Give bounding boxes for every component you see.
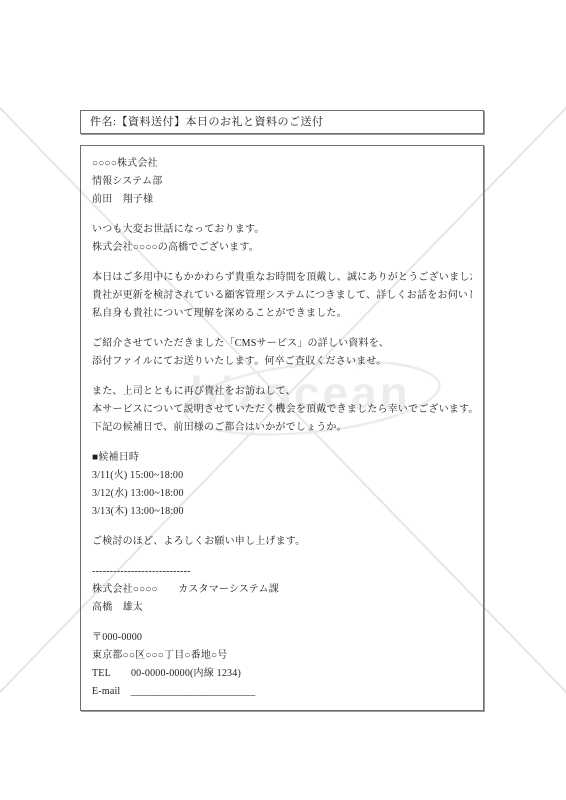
body-line: 本日はご多用中にもかかわらず貴重なお時間を頂戴し、誠にありがとうございました。 xyxy=(92,269,472,287)
paragraph: いつも大変お世話になっております。株式会社○○○○の高橋でございます。 xyxy=(92,221,472,257)
body-line: E-mail ________________________ xyxy=(92,683,472,701)
body-line: 本サービスについて説明させていただく機会を頂戴できましたら幸いでございます。 xyxy=(92,401,472,419)
body-line: 私自身も貴社について理解を深めることができました。 xyxy=(92,305,472,323)
body-line: 情報システム部 xyxy=(92,173,472,191)
subject-box: 件名:【資料送付】本日のお礼と資料のご送付 xyxy=(80,110,484,134)
document-page: ビズオーシャン bizocean 件名:【資料送付】本日のお礼と資料のご送付 ○… xyxy=(0,0,566,800)
body-line: また、上司とともに再び貴社をお訪ねして、 xyxy=(92,383,472,401)
paragraph: また、上司とともに再び貴社をお訪ねして、本サービスについて説明させていただく機会… xyxy=(92,383,472,437)
body-line: TEL 00-0000-0000(内線 1234) xyxy=(92,665,472,683)
body-line: 〒000-0000 xyxy=(92,629,472,647)
body-line: ---------------------------- xyxy=(92,563,472,581)
body-line: 貴社が更新を検討されている顧客管理システムにつきまして、詳しくお話をお伺いし、 xyxy=(92,287,472,305)
email-body-box: ○○○○株式会社情報システム部前田 翔子様いつも大変お世話になっております。株式… xyxy=(80,145,484,711)
body-line: 下記の候補日で、前田様のご都合はいかがでしょうか。 xyxy=(92,419,472,437)
body-line: 株式会社○○○○の高橋でございます。 xyxy=(92,239,472,257)
body-line: 添付ファイルにてお送りいたします。何卒ご査収くださいませ。 xyxy=(92,353,472,371)
subject-text: 件名:【資料送付】本日のお礼と資料のご送付 xyxy=(90,116,324,128)
body-line: ■候補日時 xyxy=(92,449,472,467)
body-line: 株式会社○○○○ カスタマーシステム課 xyxy=(92,581,472,599)
body-line: 3/12(水) 13:00~18:00 xyxy=(92,485,472,503)
paragraph: 〒000-0000東京都○○区○○○丁目○番地○号TEL 00-0000-000… xyxy=(92,629,472,701)
body-line: 3/11(火) 15:00~18:00 xyxy=(92,467,472,485)
paragraph: ----------------------------株式会社○○○○ カスタ… xyxy=(92,563,472,617)
body-line: ご検討のほど、よろしくお願い申し上げます。 xyxy=(92,533,472,551)
body-line: 高橋 雄太 xyxy=(92,599,472,617)
paragraph: ご紹介させていただきました「CMSサービス」の詳しい資料を、添付ファイルにてお送… xyxy=(92,335,472,371)
body-line: ○○○○株式会社 xyxy=(92,155,472,173)
paragraph: 本日はご多用中にもかかわらず貴重なお時間を頂戴し、誠にありがとうございました。貴… xyxy=(92,269,472,323)
body-line: 東京都○○区○○○丁目○番地○号 xyxy=(92,647,472,665)
body-line: いつも大変お世話になっております。 xyxy=(92,221,472,239)
paragraph: ○○○○株式会社情報システム部前田 翔子様 xyxy=(92,155,472,209)
body-line: 前田 翔子様 xyxy=(92,191,472,209)
body-line: 3/13(木) 13:00~18:00 xyxy=(92,503,472,521)
paragraph: ご検討のほど、よろしくお願い申し上げます。 xyxy=(92,533,472,551)
body-line: ご紹介させていただきました「CMSサービス」の詳しい資料を、 xyxy=(92,335,472,353)
paragraph: ■候補日時3/11(火) 15:00~18:003/12(水) 13:00~18… xyxy=(92,449,472,521)
